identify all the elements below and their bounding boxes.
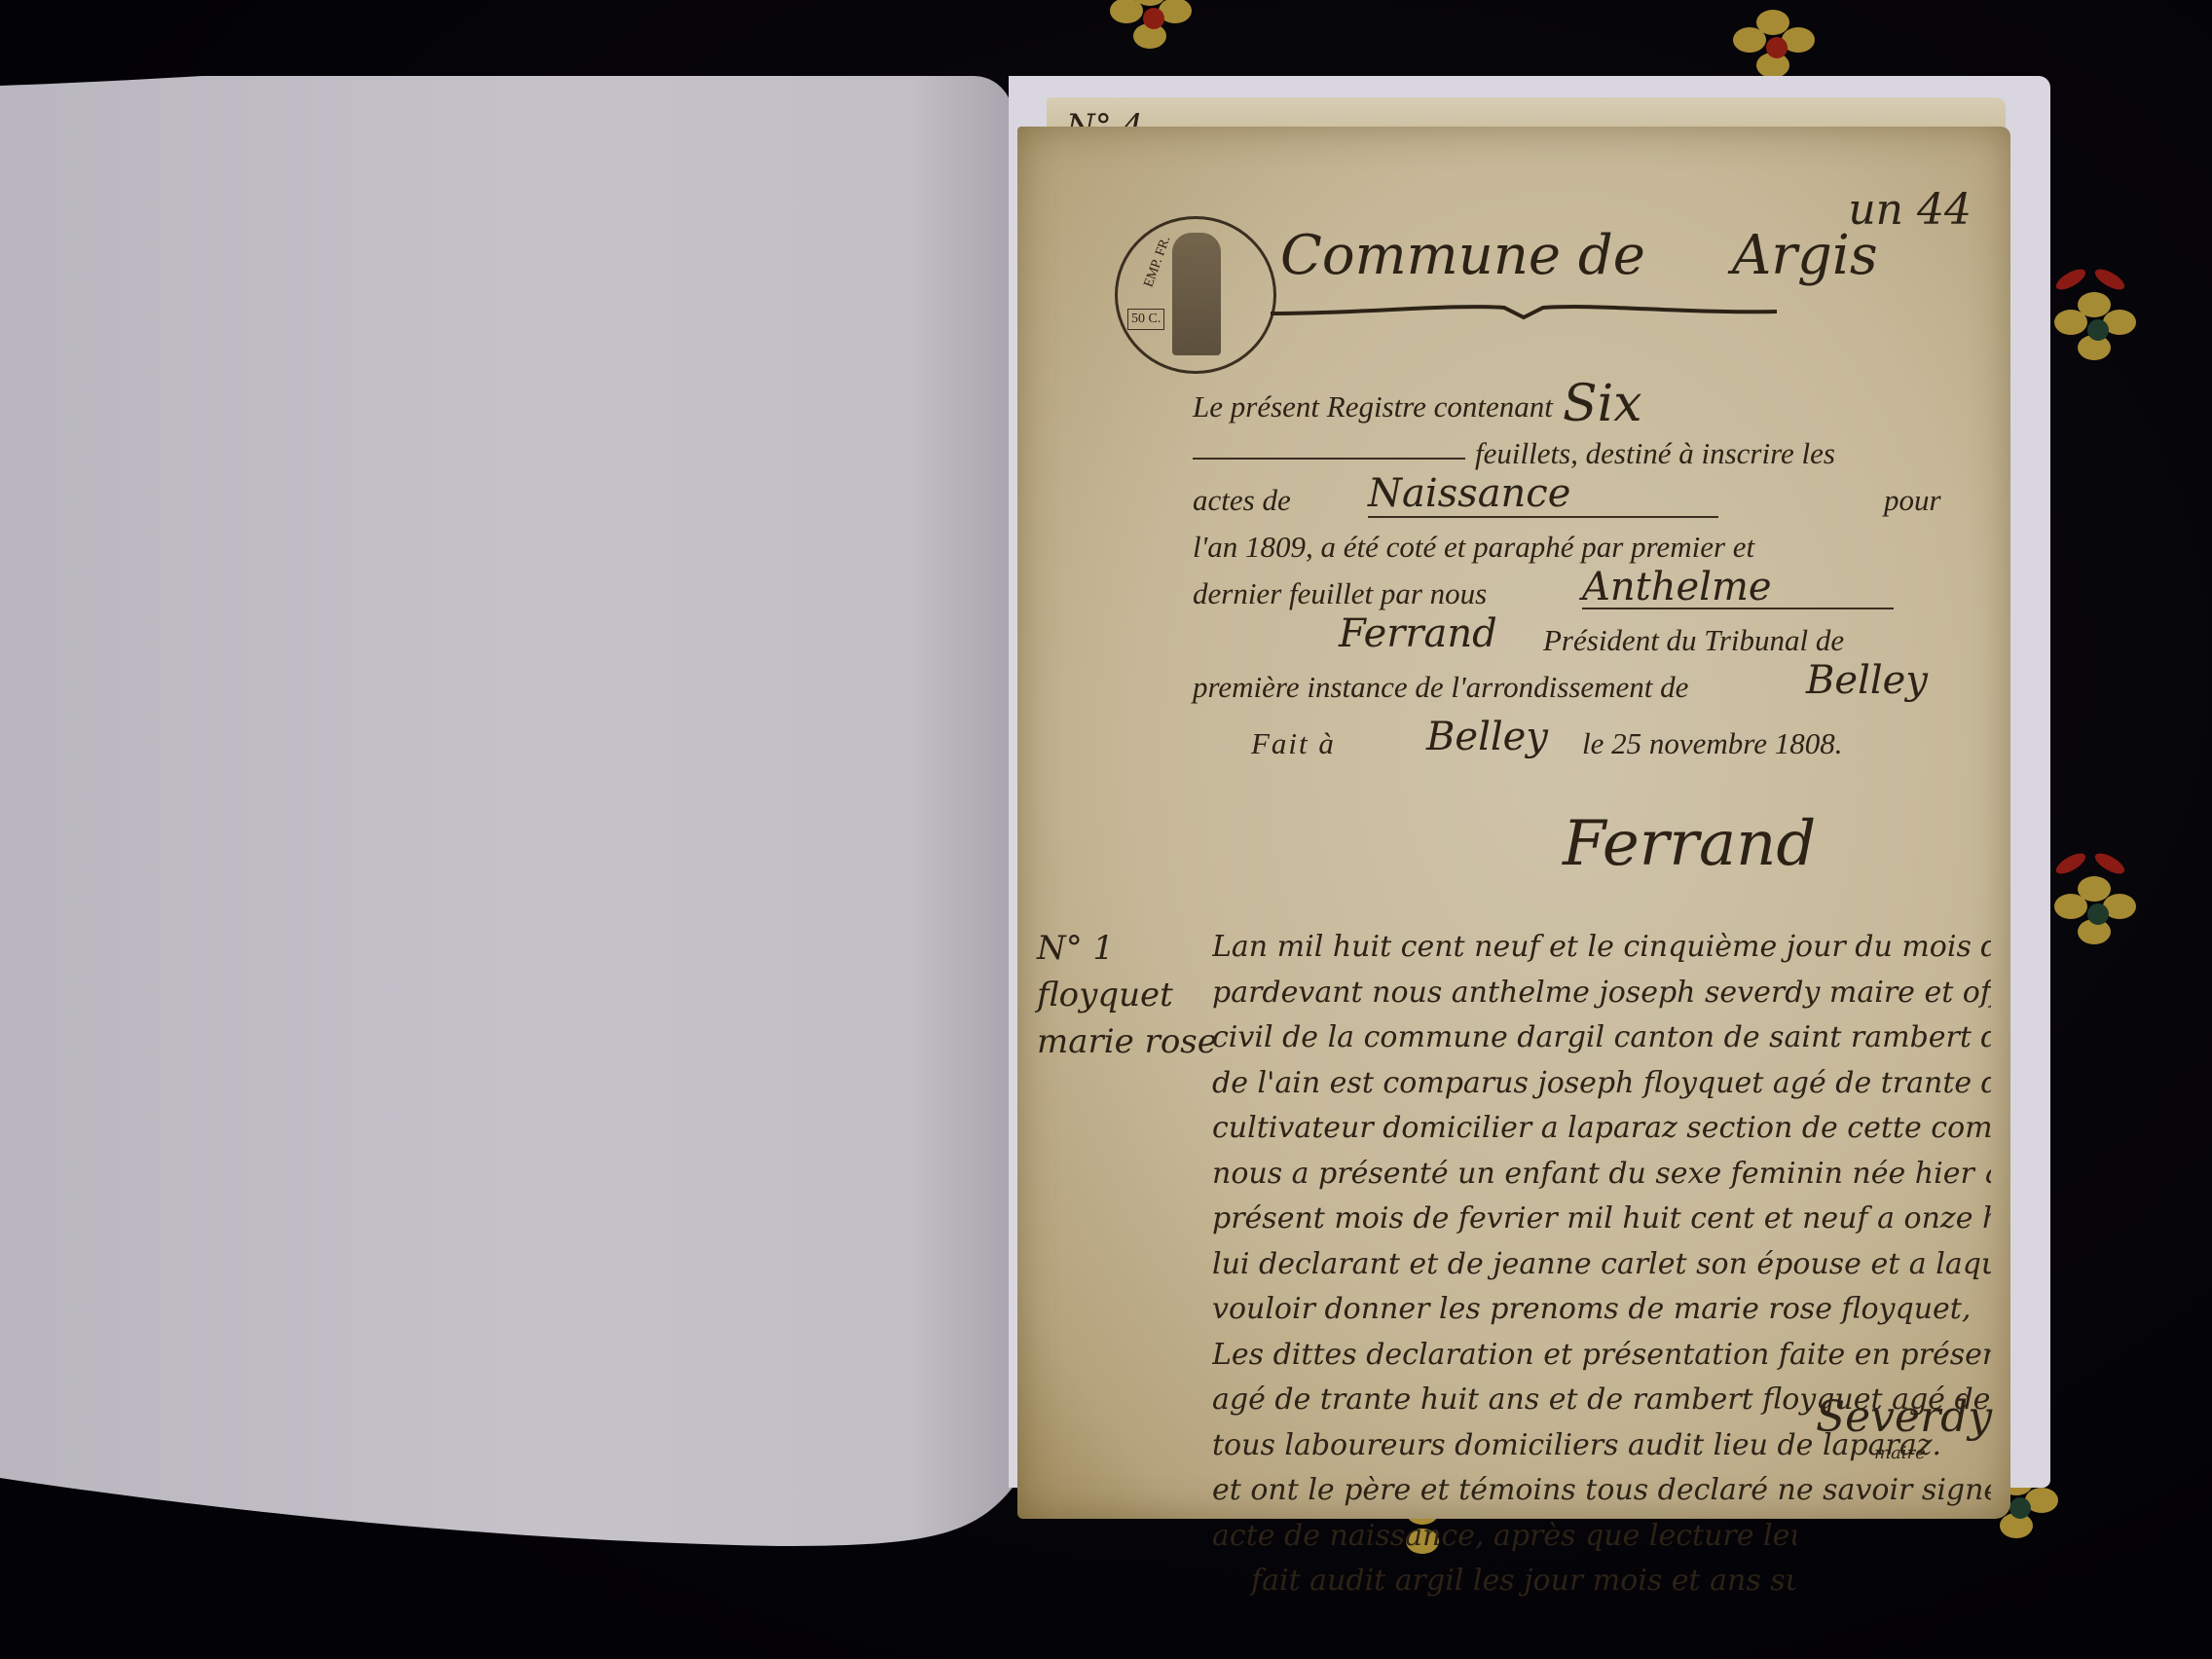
entry-line: nous a présenté un enfant du sexe femini… [1212,1152,1991,1198]
embroidered-flower-icon [2054,292,2142,370]
entry-line: et ont le père et témoins tous declaré n… [1212,1468,1991,1514]
judge-surname-handwritten: Ferrand [1339,611,1497,656]
blank-rule [1193,458,1465,460]
mayor-title: maire [1874,1443,1926,1463]
entry-line: présent mois de fevrier mil huit cent et… [1212,1197,1991,1242]
entry-line: de l'ain est comparus joseph floyquet ag… [1212,1061,1991,1107]
entry-surname: floyquet [1037,972,1217,1018]
entry-line: civil de la commune dargil canton de sai… [1212,1015,1991,1061]
entry-line: fait audit argil les jour mois et ans su… [1212,1559,1796,1604]
entry-line: acte de naissance, après que lecture leu… [1212,1514,1796,1560]
embroidered-flower-icon [2054,876,2142,954]
blank-left-page [0,76,1013,1546]
entry-line: pardevant nous anthelme joseph severdy m… [1212,971,1991,1016]
form-line-7: première instance de l'arrondissement de [1193,670,1688,705]
entry-given-names: marie rose [1037,1018,1217,1065]
entry-number: N° 1 [1037,925,1217,972]
form-line-2: feuillets, destiné à inscrire les [1475,436,1835,471]
commune-header: Commune de Argis [1280,224,1878,287]
fait-place-handwritten: Belley [1426,715,1548,759]
stamp-emp-text: EMP. FR. [1142,234,1175,289]
mayor-signature: Severdy [1816,1392,1992,1442]
leaf-count-handwritten: Six [1563,375,1642,433]
form-line-3-suffix: pour [1884,483,1941,518]
stamp-value: 50 C. [1127,309,1164,330]
arrondissement-handwritten: Belley [1806,658,1928,703]
fait-label: Fait à [1251,726,1336,761]
judge-firstname-rule [1582,608,1894,609]
form-line-5: dernier feuillet par nous [1193,576,1487,611]
tax-stamp: EMP. FR. 50 C. [1115,216,1276,374]
stamp-figure-icon [1172,233,1221,355]
acts-type-rule [1368,516,1718,518]
form-date: le 25 novembre 1808. [1582,726,1842,761]
form-line-3-prefix: actes de [1193,483,1291,518]
judge-signature: Ferrand [1563,808,1816,880]
entry-line: lui declarant et de jeanne carlet son ép… [1212,1242,1991,1288]
embroidered-flower-icon [1110,0,1198,58]
commune-name: Argis [1732,224,1878,287]
form-line-4: l'an 1809, a été coté et paraphé par pre… [1193,530,1754,565]
flourish-divider-icon [1271,302,1777,323]
entry-line: vouloir donner les prenoms de marie rose… [1212,1287,1991,1333]
entry-line: Les dittes declaration et présentation f… [1212,1333,1991,1379]
entry-line: Lan mil huit cent neuf et le cinquième j… [1212,925,1991,971]
commune-label: Commune de [1280,224,1645,287]
entry-line: cultivateur domicilier a laparaz section… [1212,1106,1991,1152]
form-line-6: Président du Tribunal de [1543,623,1844,658]
form-line-1: Le présent Registre contenant [1193,389,1553,424]
entry-margin-note: N° 1 floyquet marie rose [1037,925,1217,1065]
birth-entry-text: Lan mil huit cent neuf et le cinquième j… [1212,925,1991,1604]
registry-document: un 44 EMP. FR. 50 C. Commune de Argis Le… [1017,127,2010,1519]
judge-firstname-handwritten: Anthelme [1582,565,1772,609]
acts-type-handwritten: Naissance [1368,471,1570,516]
